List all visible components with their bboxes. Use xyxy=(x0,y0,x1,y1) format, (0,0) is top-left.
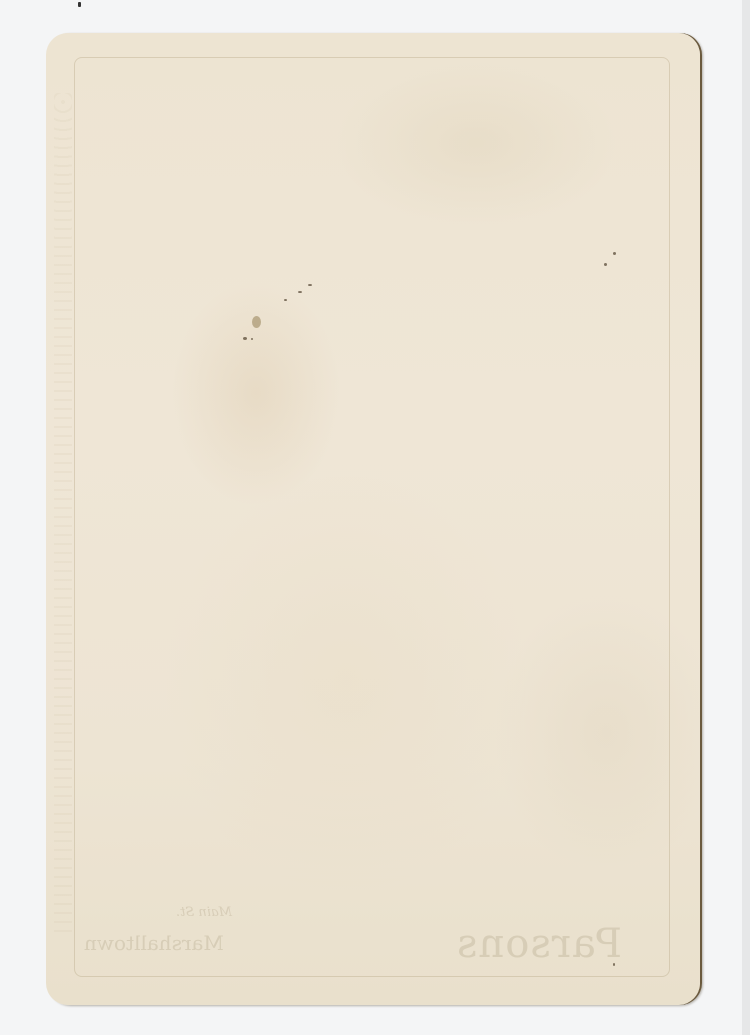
stain-speck xyxy=(284,299,287,301)
cabinet-card-back: Main St. Marshalltown Parsons xyxy=(46,33,700,1005)
show-through-street-text: Main St. xyxy=(176,905,232,920)
decorative-left-border-pattern xyxy=(54,93,72,933)
scanner-edge-strip xyxy=(742,0,750,1035)
stain-speck xyxy=(604,263,607,266)
stain-speck xyxy=(243,337,247,340)
stain-speck xyxy=(251,338,253,340)
dust-speck xyxy=(78,2,81,7)
stain-speck xyxy=(613,252,616,255)
stain-speck xyxy=(308,284,312,286)
show-through-town-text: Marshalltown xyxy=(84,931,224,955)
stain-speck xyxy=(298,291,302,293)
water-stain xyxy=(252,316,261,328)
show-through-studio-name: Parsons xyxy=(456,921,622,967)
embossed-inner-border xyxy=(74,57,670,977)
